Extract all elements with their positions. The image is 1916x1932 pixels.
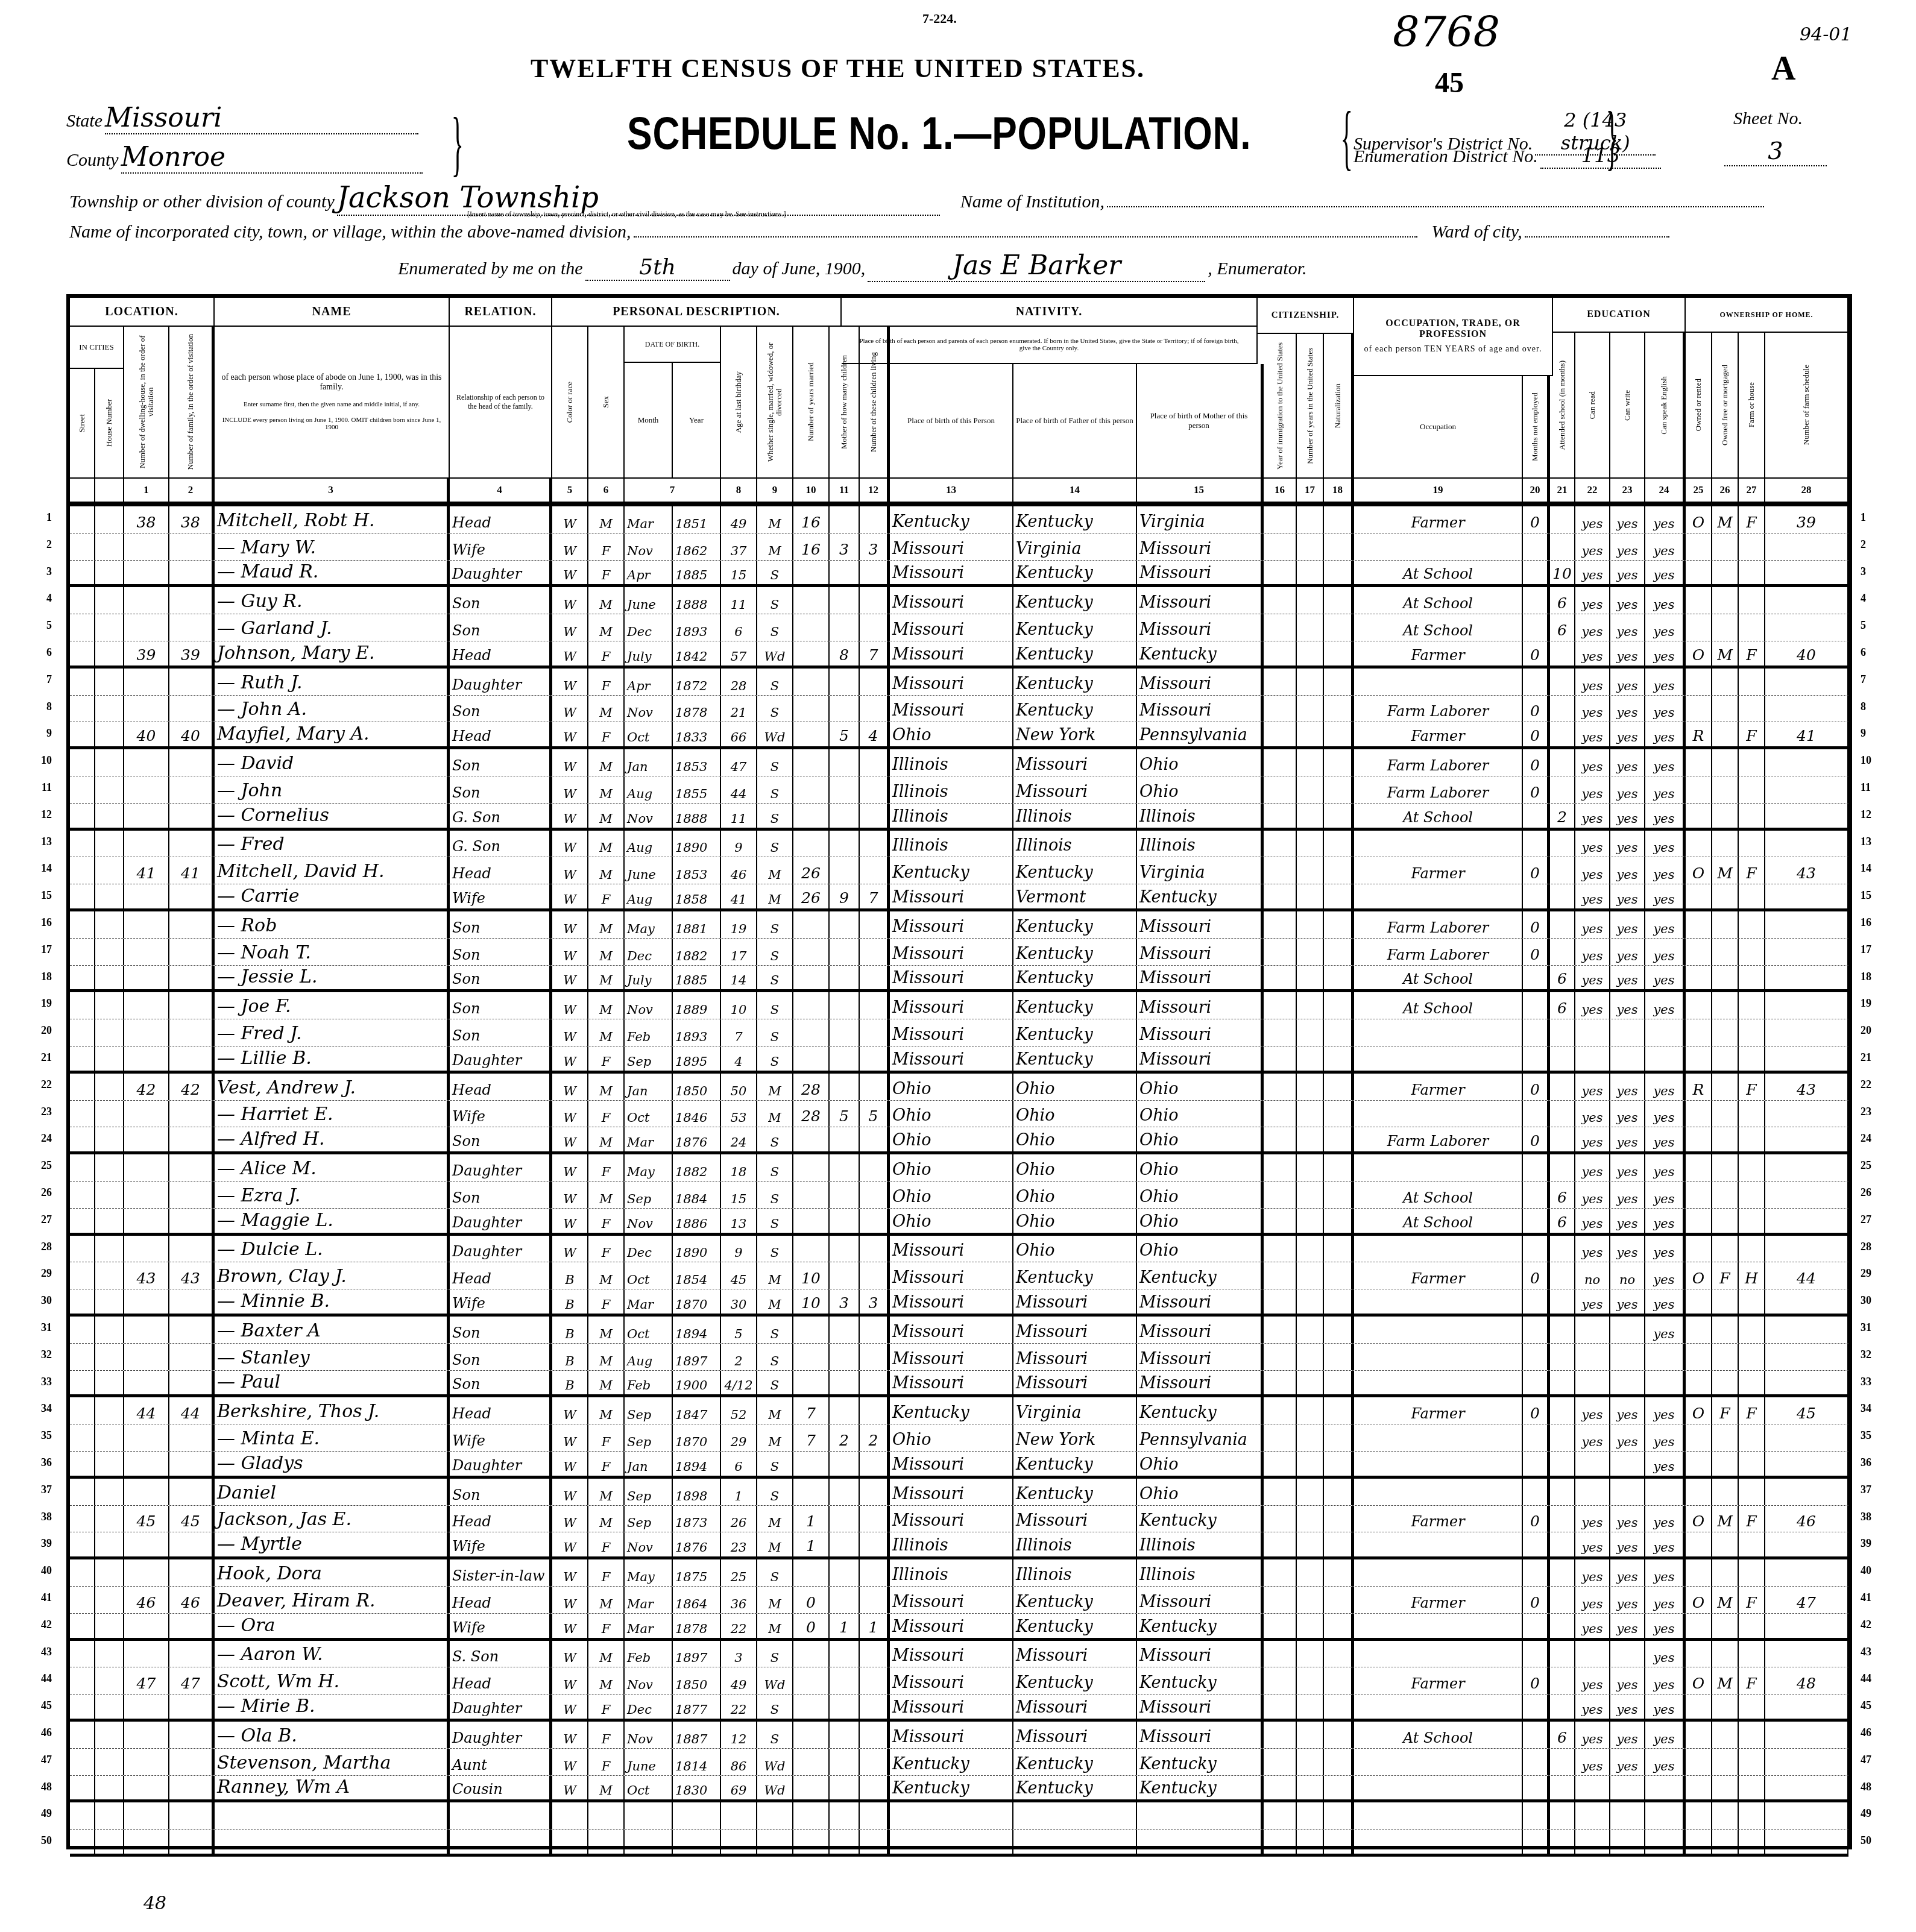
cell-mc xyxy=(830,1236,860,1262)
cell-pobf: Ohio xyxy=(1013,1074,1137,1100)
cell-eng xyxy=(1645,1479,1686,1505)
cell-year: 1870 xyxy=(673,1424,721,1451)
cell-color: W xyxy=(552,1641,588,1667)
cell-cl xyxy=(860,1776,890,1800)
column-number: 7 xyxy=(625,479,721,502)
cell-ms xyxy=(757,1802,793,1829)
line-number-right: 23 xyxy=(1861,1106,1885,1118)
cell-sex: M xyxy=(588,1371,625,1395)
table-row: 2323— Harriet E.WifeWFOct184653M2855Ohio… xyxy=(70,1101,1848,1128)
cell-cl: 4 xyxy=(860,722,890,746)
line-number: 17 xyxy=(28,943,52,956)
line-number: 50 xyxy=(28,1834,52,1847)
table-row: 33— Maud R.DaughterWFApr188515SMissouriK… xyxy=(70,561,1848,588)
cell-empty xyxy=(1297,1344,1324,1370)
cell-year: 1876 xyxy=(673,1127,721,1151)
cell-own xyxy=(1686,1289,1712,1314)
cell-eng: yes xyxy=(1645,1074,1686,1100)
cell-pobm: Ohio xyxy=(1137,749,1264,776)
cell-rel: Head xyxy=(450,1074,552,1100)
line-number-right: 13 xyxy=(1861,835,1885,848)
cell-mort: M xyxy=(1712,1506,1739,1532)
line-number: 45 xyxy=(28,1699,52,1712)
cell-pobm: Ohio xyxy=(1137,1452,1264,1476)
cell-ym xyxy=(793,1019,830,1046)
cell-read: yes xyxy=(1575,1667,1610,1694)
cell-fsch xyxy=(1765,1479,1848,1505)
cell-age: 11 xyxy=(721,804,757,828)
subheader-label: Number of years married xyxy=(807,360,815,444)
cell-pobf: Kentucky xyxy=(1013,696,1137,722)
line-number: 12 xyxy=(28,808,52,821)
cell-empty xyxy=(1264,884,1297,908)
cell-fam: 43 xyxy=(169,1262,215,1289)
cell-eng: yes xyxy=(1645,857,1686,884)
cell-pobf: Missouri xyxy=(1013,1506,1137,1532)
cell-empty xyxy=(70,1641,95,1667)
cell-pobm xyxy=(1137,1830,1264,1854)
cell-dw: 45 xyxy=(124,1506,169,1532)
cell-mc xyxy=(830,749,860,776)
cell-sch xyxy=(1550,722,1575,746)
cell-color: W xyxy=(552,1587,588,1613)
cell-own xyxy=(1686,804,1712,828)
cell-month: Feb xyxy=(625,1371,673,1395)
brace-left: { xyxy=(1341,101,1353,174)
cell-empty xyxy=(95,533,124,560)
cell-sex: M xyxy=(588,857,625,884)
cell-fam: 46 xyxy=(169,1587,215,1613)
cell-occ: At School xyxy=(1354,804,1523,828)
cell-empty xyxy=(95,776,124,803)
cell-empty xyxy=(1324,1802,1354,1829)
state-field: State Missouri xyxy=(66,102,446,134)
cell-own xyxy=(1686,831,1712,857)
line-number: 9 xyxy=(28,727,52,740)
cell-empty xyxy=(70,749,95,776)
cell-age: 6 xyxy=(721,614,757,641)
cell-read: yes xyxy=(1575,587,1610,614)
cell-own xyxy=(1686,1317,1712,1343)
cell-mort xyxy=(1712,1127,1739,1151)
cell-ms: S xyxy=(757,776,793,803)
cell-rel: Head xyxy=(450,506,552,533)
subheader-label: Owned free or mortgaged xyxy=(1721,362,1729,448)
cell-pob: Kentucky xyxy=(890,506,1013,533)
line-number-right: 31 xyxy=(1861,1321,1885,1334)
cell-dw: 41 xyxy=(124,857,169,884)
cell-fam: 45 xyxy=(169,1506,215,1532)
cell-empty xyxy=(70,1397,95,1424)
cell-mort xyxy=(1712,939,1739,965)
cell-ym xyxy=(793,614,830,641)
cell-fsch xyxy=(1765,1046,1848,1071)
cell-month: Nov xyxy=(625,1722,673,1748)
cell-month: Nov xyxy=(625,696,673,722)
cell-mne: 0 xyxy=(1523,1587,1550,1613)
cell-empty xyxy=(1297,939,1324,965)
line-number-right: 4 xyxy=(1861,592,1885,605)
line-number: 5 xyxy=(28,619,52,632)
table-row: 55— Garland J.SonWMDec18936SMissouriKent… xyxy=(70,614,1848,641)
cell-mc: 3 xyxy=(830,533,860,560)
cell-mne: 0 xyxy=(1523,911,1550,938)
cell-name: — John xyxy=(215,776,450,803)
cell-mc: 5 xyxy=(830,722,860,746)
cell-mc xyxy=(830,1127,860,1151)
cell-pob: Ohio xyxy=(890,1424,1013,1451)
cell-ym: 0 xyxy=(793,1587,830,1613)
cell-read: yes xyxy=(1575,1397,1610,1424)
cell-name: — Jessie L. xyxy=(215,966,450,990)
cell-write: yes xyxy=(1610,1614,1645,1638)
cell-fam xyxy=(169,749,215,776)
cell-own xyxy=(1686,1830,1712,1854)
cell-write xyxy=(1610,1452,1645,1476)
cell-rel: Daughter xyxy=(450,561,552,585)
cell-pob: Missouri xyxy=(890,1694,1013,1719)
cell-color: W xyxy=(552,1424,588,1451)
cell-ym: 10 xyxy=(793,1289,830,1314)
cell-ms: M xyxy=(757,1101,793,1127)
cell-pobm: Missouri xyxy=(1137,1641,1264,1667)
cell-mort xyxy=(1712,1479,1739,1505)
cell-month: Sep xyxy=(625,1182,673,1208)
line-number-right: 47 xyxy=(1861,1754,1885,1766)
subheader-7: Color or race xyxy=(552,327,588,479)
line-number-right: 14 xyxy=(1861,862,1885,875)
cell-month xyxy=(625,1830,673,1854)
cell-farm xyxy=(1739,533,1765,560)
cell-fsch xyxy=(1765,1371,1848,1395)
subheader-label: Age at last birthday xyxy=(734,369,743,435)
header-in-cities: IN CITIES xyxy=(70,327,124,369)
cell-empty xyxy=(1264,966,1297,990)
cell-sch xyxy=(1550,939,1575,965)
cell-cl xyxy=(860,1154,890,1181)
column-number: 20 xyxy=(1523,479,1550,502)
cell-name: — Lillie B. xyxy=(215,1046,450,1071)
line-number: 41 xyxy=(28,1591,52,1604)
cell-color: W xyxy=(552,1236,588,1262)
cell-month: Dec xyxy=(625,1236,673,1262)
line-number: 27 xyxy=(28,1213,52,1226)
cell-ym xyxy=(793,1559,830,1586)
cell-dw xyxy=(124,1532,169,1556)
cell-mc xyxy=(830,1694,860,1719)
cell-color: W xyxy=(552,884,588,908)
cell-ms: M xyxy=(757,1397,793,1424)
cell-pob: Missouri xyxy=(890,1046,1013,1071)
line-number: 16 xyxy=(28,916,52,929)
cell-own xyxy=(1686,1019,1712,1046)
cell-empty xyxy=(95,1371,124,1395)
line-number: 11 xyxy=(28,781,52,794)
cell-read xyxy=(1575,1479,1610,1505)
header-relation: RELATION. xyxy=(450,298,552,327)
cell-empty xyxy=(70,992,95,1019)
reference-number: 94-01 xyxy=(1800,24,1851,45)
line-number: 18 xyxy=(28,971,52,983)
cell-cl xyxy=(860,1532,890,1556)
cell-rel: Head xyxy=(450,1262,552,1289)
cell-pob: Missouri xyxy=(890,1344,1013,1370)
cell-empty xyxy=(1264,1479,1297,1505)
cell-pobf: Missouri xyxy=(1013,1317,1137,1343)
cell-pobf: Missouri xyxy=(1013,1371,1137,1395)
cell-empty xyxy=(1324,749,1354,776)
cell-ym xyxy=(793,669,830,695)
cell-fsch xyxy=(1765,1127,1848,1151)
cell-sex: M xyxy=(588,1074,625,1100)
cell-pobm: Virginia xyxy=(1137,506,1264,533)
cell-mc: 3 xyxy=(830,1289,860,1314)
line-number: 25 xyxy=(28,1159,52,1172)
cell-empty xyxy=(1324,939,1354,965)
cell-farm xyxy=(1739,1722,1765,1748)
cell-mort xyxy=(1712,1641,1739,1667)
cell-empty xyxy=(1297,669,1324,695)
subheader-22: Occupation xyxy=(1354,376,1523,479)
cell-empty xyxy=(1324,1289,1354,1314)
line-number: 19 xyxy=(28,997,52,1010)
cell-name: — Harriet E. xyxy=(215,1101,450,1127)
cell-pob: Kentucky xyxy=(890,1397,1013,1424)
cell-pobf: Ohio xyxy=(1013,1209,1137,1233)
cell-occ: Farm Laborer xyxy=(1354,749,1523,776)
table-row: 38384545Jackson, Jas E.HeadWMSep187326M1… xyxy=(70,1506,1848,1533)
cell-ym: 10 xyxy=(793,1262,830,1289)
cell-ym xyxy=(793,1452,830,1476)
cell-cl xyxy=(860,1344,890,1370)
line-number-right: 24 xyxy=(1861,1132,1885,1145)
cell-farm xyxy=(1739,911,1765,938)
cell-ms: S xyxy=(757,561,793,585)
subheader-label: Can speak English xyxy=(1660,374,1668,437)
subheader-label: Year of immigration to the United States xyxy=(1276,340,1284,472)
cell-pob: Missouri xyxy=(890,669,1013,695)
cell-pob: Missouri xyxy=(890,911,1013,938)
cell-age: 13 xyxy=(721,1209,757,1233)
cell-fsch: 43 xyxy=(1765,857,1848,884)
cell-own xyxy=(1686,1101,1712,1127)
cell-occ: At School xyxy=(1354,1209,1523,1233)
cell-age: 44 xyxy=(721,776,757,803)
subheader-24: Attended school (in months) xyxy=(1550,333,1575,479)
city-value xyxy=(634,218,1417,238)
cell-age: 25 xyxy=(721,1559,757,1586)
table-row: 1717— Noah T.SonWMDec188217SMissouriKent… xyxy=(70,939,1848,966)
cell-empty xyxy=(1264,696,1297,722)
cell-month: Dec xyxy=(625,614,673,641)
cell-empty xyxy=(70,587,95,614)
cell-pobf: Illinois xyxy=(1013,831,1137,857)
cell-rel: Son xyxy=(450,966,552,990)
cell-rel: Daughter xyxy=(450,1694,552,1719)
cell-pobm: Kentucky xyxy=(1137,1397,1264,1424)
cell-pobm: Kentucky xyxy=(1137,1749,1264,1775)
cell-rel: S. Son xyxy=(450,1641,552,1667)
line-number-right: 16 xyxy=(1861,916,1885,929)
cell-mne xyxy=(1523,1344,1550,1370)
cell-occ xyxy=(1354,1614,1523,1638)
line-number: 47 xyxy=(28,1754,52,1766)
cell-fam xyxy=(169,1371,215,1395)
cell-ms: M xyxy=(757,533,793,560)
cell-age: 24 xyxy=(721,1127,757,1151)
cell-occ: At School xyxy=(1354,992,1523,1019)
cell-color: W xyxy=(552,992,588,1019)
cell-cl xyxy=(860,1667,890,1694)
cell-empty xyxy=(70,1154,95,1181)
cell-empty xyxy=(70,884,95,908)
cell-mne xyxy=(1523,1641,1550,1667)
cell-sch: 6 xyxy=(1550,614,1575,641)
cell-write: yes xyxy=(1610,1127,1645,1151)
line-number: 21 xyxy=(28,1051,52,1064)
cell-mort xyxy=(1712,1371,1739,1395)
cell-empty xyxy=(1297,722,1324,746)
cell-cl xyxy=(860,804,890,828)
cell-mc xyxy=(830,587,860,614)
cell-dw xyxy=(124,1317,169,1343)
cell-dw xyxy=(124,939,169,965)
subheader-31: Number of farm schedule xyxy=(1765,333,1848,479)
cell-empty xyxy=(1297,1776,1324,1800)
enumerated-day: 5th xyxy=(585,255,730,281)
cell-write xyxy=(1610,1479,1645,1505)
cell-empty xyxy=(1297,1506,1324,1532)
cell-age: 2 xyxy=(721,1344,757,1370)
cell-empty xyxy=(95,587,124,614)
cell-year: 1842 xyxy=(673,641,721,666)
subheader-28: Owned or rented xyxy=(1686,333,1712,479)
cell-mort xyxy=(1712,884,1739,908)
cell-mc xyxy=(830,1802,860,1829)
cell-pobf: Missouri xyxy=(1013,1641,1137,1667)
cell-month: Mar xyxy=(625,506,673,533)
cell-ym: 28 xyxy=(793,1101,830,1127)
cell-fsch: 48 xyxy=(1765,1667,1848,1694)
cell-farm: F xyxy=(1739,506,1765,533)
line-number: 3 xyxy=(28,565,52,578)
cell-age: 18 xyxy=(721,1154,757,1181)
line-number: 22 xyxy=(28,1078,52,1091)
cell-dw xyxy=(124,587,169,614)
line-number: 29 xyxy=(28,1267,52,1280)
cell-rel: G. Son xyxy=(450,804,552,828)
cell-read: yes xyxy=(1575,939,1610,965)
cell-dw: 43 xyxy=(124,1262,169,1289)
cell-fsch xyxy=(1765,831,1848,857)
cell-ms: Wd xyxy=(757,1667,793,1694)
cell-mc xyxy=(830,1749,860,1775)
cell-sex: M xyxy=(588,1587,625,1613)
cell-year: 1881 xyxy=(673,911,721,938)
institution-value xyxy=(1107,188,1764,207)
brace-right: } xyxy=(452,107,464,180)
cell-year: 1847 xyxy=(673,1397,721,1424)
cell-write: yes xyxy=(1610,1289,1645,1314)
cell-read xyxy=(1575,1776,1610,1800)
cell-pob: Ohio xyxy=(890,1209,1013,1233)
line-number-right: 50 xyxy=(1861,1834,1885,1847)
cell-empty xyxy=(1324,1641,1354,1667)
cell-own: O xyxy=(1686,1397,1712,1424)
cell-pobf: Virginia xyxy=(1013,533,1137,560)
cell-dw xyxy=(124,911,169,938)
cell-farm xyxy=(1739,884,1765,908)
cell-empty xyxy=(95,884,124,908)
cell-sex: F xyxy=(588,1424,625,1451)
cell-rel: Head xyxy=(450,1587,552,1613)
cell-write: yes xyxy=(1610,561,1645,585)
cell-ms: S xyxy=(757,911,793,938)
cell-farm xyxy=(1739,561,1765,585)
cell-empty xyxy=(95,831,124,857)
line-number-right: 39 xyxy=(1861,1537,1885,1550)
cell-mort xyxy=(1712,1802,1739,1829)
cell-mc xyxy=(830,992,860,1019)
cell-year: 1893 xyxy=(673,1019,721,1046)
cell-pobf: Illinois xyxy=(1013,1532,1137,1556)
cell-empty xyxy=(1297,506,1324,533)
cell-fsch xyxy=(1765,966,1848,990)
cell-empty xyxy=(1297,776,1324,803)
cell-fsch: 46 xyxy=(1765,1506,1848,1532)
table-row: 22224242Vest, Andrew J.HeadWMJan185050M2… xyxy=(70,1074,1848,1101)
line-number-right: 6 xyxy=(1861,646,1885,659)
cell-name: Berkshire, Thos J. xyxy=(215,1397,450,1424)
cell-pob: Ohio xyxy=(890,1074,1013,1100)
cell-eng: yes xyxy=(1645,1289,1686,1314)
cell-age: 26 xyxy=(721,1506,757,1532)
cell-ms: S xyxy=(757,939,793,965)
cell-ms: M xyxy=(757,1424,793,1451)
cell-mne: 0 xyxy=(1523,776,1550,803)
cell-dw xyxy=(124,1289,169,1314)
cell-empty xyxy=(70,1532,95,1556)
cell-empty xyxy=(1324,1667,1354,1694)
cell-empty xyxy=(1264,804,1297,828)
cell-mort xyxy=(1712,1289,1739,1314)
header-location: LOCATION. xyxy=(70,298,215,327)
cell-read: yes xyxy=(1575,1182,1610,1208)
cell-sch: 6 xyxy=(1550,1209,1575,1233)
line-number: 23 xyxy=(28,1106,52,1118)
cell-empty xyxy=(95,1722,124,1748)
subheader-12: Whether single, married, widowed, or div… xyxy=(757,327,793,479)
cell-empty xyxy=(95,1506,124,1532)
cell-read: yes xyxy=(1575,506,1610,533)
cell-year: 1885 xyxy=(673,561,721,585)
cell-ms: S xyxy=(757,804,793,828)
cell-empty xyxy=(1324,1046,1354,1071)
cell-mort xyxy=(1712,1046,1739,1071)
cell-ym xyxy=(793,1127,830,1151)
cell-own: R xyxy=(1686,1074,1712,1100)
cell-name: Mitchell, Robt H. xyxy=(215,506,450,533)
cell-farm xyxy=(1739,1371,1765,1395)
cell-ms: S xyxy=(757,1182,793,1208)
cell-ym: 28 xyxy=(793,1074,830,1100)
cell-mne xyxy=(1523,966,1550,990)
cell-mc xyxy=(830,1667,860,1694)
cell-sch xyxy=(1550,1074,1575,1100)
cell-rel: Son xyxy=(450,749,552,776)
cell-fam: 41 xyxy=(169,857,215,884)
cell-empty xyxy=(1297,1694,1324,1719)
